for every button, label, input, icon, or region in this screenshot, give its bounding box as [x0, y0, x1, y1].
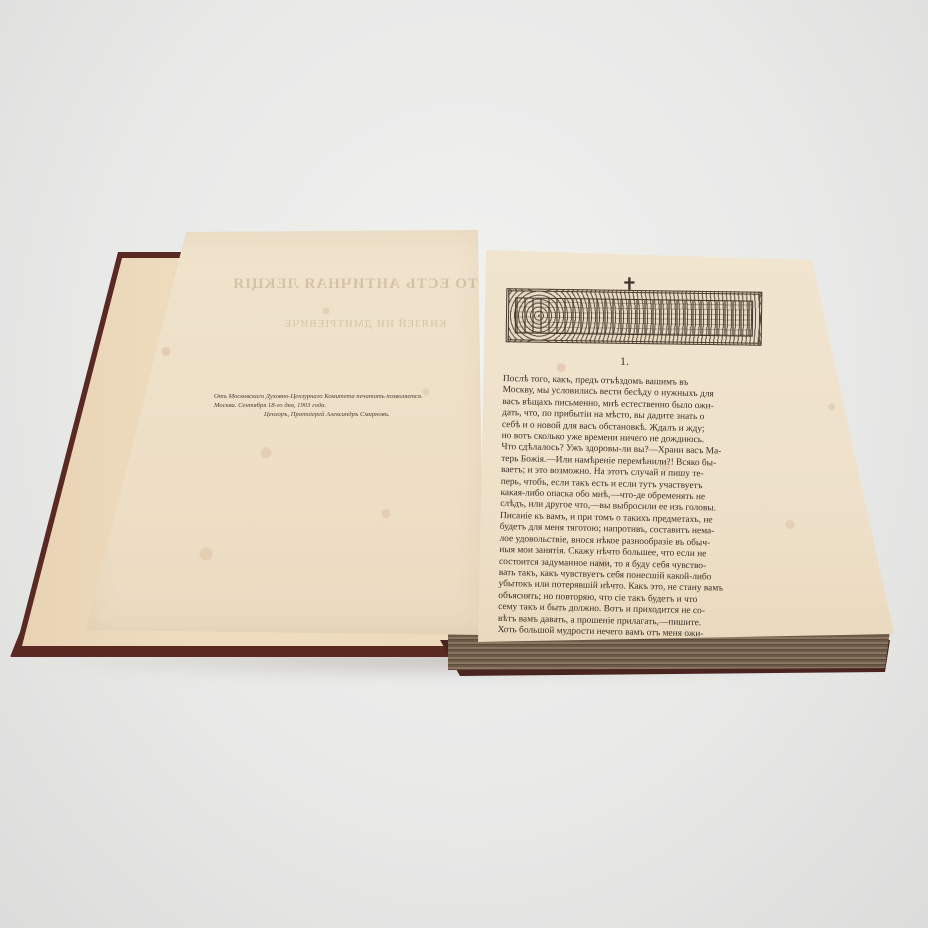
photo-scene: ТО ЕСТЬ АНТИЧНАЯ ЛЕКЦІЯ КНЯЗЕЙ НИ ДМИТРІ… [0, 0, 928, 928]
decorative-headpiece [506, 288, 763, 346]
chapter-number: 1. [620, 354, 629, 369]
censor-line-2: Москва. Сентября 18-го дня, 1903 года. [214, 401, 489, 410]
censor-line-1: Отъ Московскаго Духовно-Цензурнаго Комит… [214, 392, 489, 401]
censor-approval-note: Отъ Московскаго Духовно-Цензурнаго Комит… [214, 392, 489, 419]
body-text: Послѣ того, какъ, предъ отъѣздомъ вашимъ… [498, 374, 803, 643]
censor-line-3: Цензоръ, Протоіерей Александръ Смирновъ. [214, 410, 489, 419]
show-through-title: ТО ЕСТЬ АНТИЧНАЯ ЛЕКЦІЯ [230, 276, 480, 293]
show-through-subtitle: КНЯЗЕЙ НИ ДМИТРІЕВИЧЕ [260, 318, 470, 330]
